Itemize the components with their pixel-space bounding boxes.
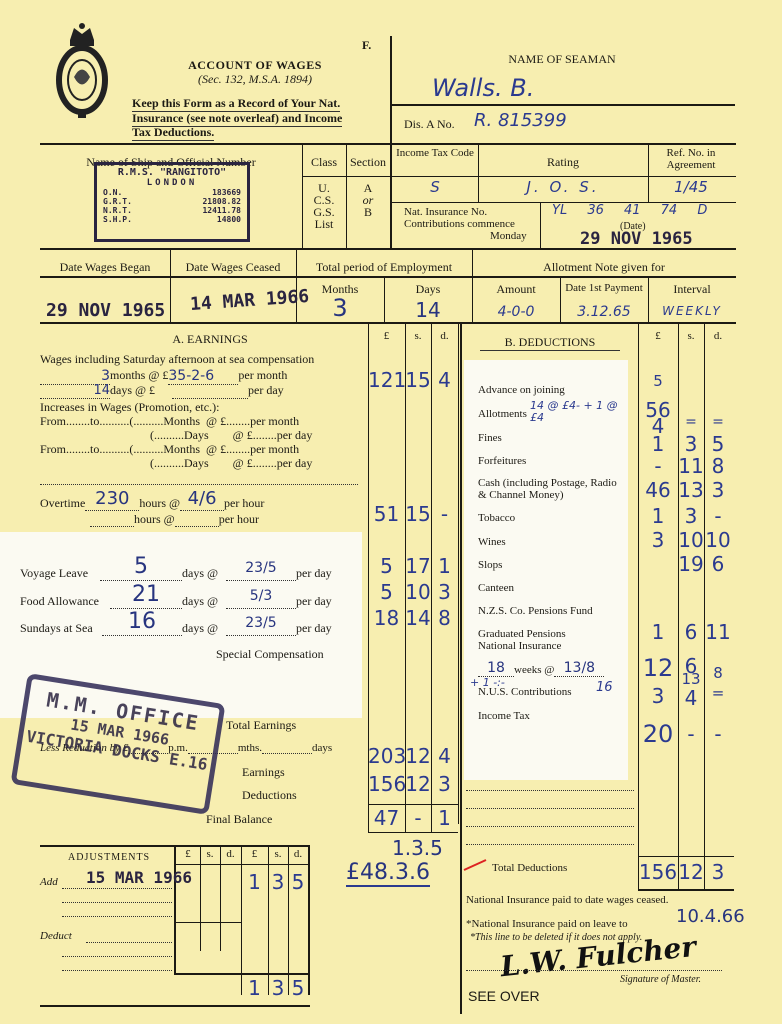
ded-fines2-pence[interactable]: 5 — [704, 432, 732, 456]
ded-nus-shillings[interactable]: 4 — [678, 686, 704, 710]
ded-allotments: Allotments — [478, 408, 527, 420]
ded-income-tax-pence[interactable]: - — [704, 722, 732, 746]
class-options: U.C.S.G.S.List — [302, 182, 346, 230]
notice-line-3: Tax Deductions. — [132, 125, 214, 141]
form-subtitle: (Sec. 132, M.S.A. 1894) — [130, 72, 380, 87]
ded-tobacco-pounds[interactable]: 1 — [638, 504, 678, 528]
ded-canteen: Canteen — [478, 582, 514, 594]
ded-nzs-pounds[interactable]: 1 — [638, 620, 678, 644]
add-date-stamp: 15 MAR 1966 — [86, 868, 192, 887]
ded-wines-pence[interactable]: 10 — [704, 528, 732, 552]
earnings-shillings[interactable]: 12 — [405, 744, 431, 768]
total-earnings-label: Total Earnings — [226, 718, 296, 733]
wages-pence[interactable]: 4 — [431, 368, 458, 392]
ded-income-tax-pounds[interactable]: 20 — [638, 720, 678, 748]
ded-fines-pence[interactable]: = — [704, 414, 732, 430]
sundays-pounds[interactable]: 18 — [368, 606, 405, 630]
final-balance-label: Final Balance — [206, 812, 272, 827]
first-payment-value[interactable]: 3.12.65 — [560, 304, 648, 320]
ded-pounds-col-header: £ — [638, 330, 678, 342]
total-deductions-pounds[interactable]: 156 — [638, 860, 678, 884]
ded-tobacco-shillings[interactable]: 3 — [678, 504, 704, 528]
dis-a-no-label: Dis. A No. — [404, 117, 455, 132]
red-tick-icon — [462, 858, 488, 872]
adj-col-pounds-2: £ — [241, 848, 268, 860]
months-value[interactable]: 3 — [296, 294, 384, 322]
increases-label: Increases in Wages (Promotion, etc.): — [40, 400, 219, 415]
see-over-label: SEE OVER — [468, 988, 540, 1004]
ded-forfeitures: Forfeitures — [478, 455, 526, 467]
board-of-trade-crest-icon — [56, 22, 108, 120]
ded-cash-shillings[interactable]: 13 — [678, 478, 704, 502]
ded-cash: Cash (including Postage, Radio & Channel… — [478, 477, 623, 501]
tax-code-header: Income Tax Code — [392, 147, 478, 159]
ded-slops: Slops — [478, 559, 502, 571]
ded-wines-pounds[interactable]: 3 — [638, 528, 678, 552]
ded-allotments-note: 14 @ £4- + 1 @ £4 — [530, 400, 620, 424]
shillings-col-header: s. — [405, 330, 431, 342]
special-compensation-label: Special Compensation — [216, 647, 324, 662]
ded-nus-pence[interactable]: = — [704, 684, 732, 702]
overtime-row-2: hours @per hour — [90, 512, 259, 527]
ded-fines: Fines — [478, 432, 502, 444]
total-deductions-pence[interactable]: 3 — [704, 860, 732, 884]
deduct-label: Deduct — [40, 930, 72, 942]
rating-value[interactable]: J. O. S. — [478, 178, 648, 196]
ship-stamp: R.M.S. "RANGITOTO" LONDON O.N.183669 G.R… — [94, 162, 250, 242]
earnings-title: A. EARNINGS — [130, 332, 290, 347]
ded-income-tax: Income Tax — [478, 710, 530, 722]
overtime-pence[interactable]: - — [431, 502, 458, 526]
adj-col-shillings-1: s. — [200, 848, 220, 860]
date-ceased-label: Date Wages Ceased — [170, 260, 296, 275]
adj-col-pence-2: d. — [288, 848, 308, 860]
section-options: AorB — [346, 182, 390, 218]
net-payable: £48.3.6 — [346, 860, 430, 887]
overtime-pounds[interactable]: 51 — [368, 502, 405, 526]
ded-nus-note: 16 — [596, 680, 613, 695]
adj-col-pence-1: d. — [220, 848, 241, 860]
ded-fines2-shillings[interactable]: 3 — [678, 432, 704, 456]
add-pence[interactable]: 5 — [288, 870, 308, 894]
food-pounds[interactable]: 5 — [368, 580, 405, 604]
sundays-at-sea-row: Sundays at Sea 16 days @ 23/5 per day — [20, 621, 340, 636]
ded-fines-shillings[interactable]: = — [678, 414, 704, 430]
days-value[interactable]: 14 — [384, 298, 472, 322]
ded-fines2-pounds[interactable]: 1 — [638, 432, 678, 456]
deductions-pounds[interactable]: 156 — [368, 772, 405, 796]
ded-nus: N.U.S. Contributions — [478, 686, 572, 698]
increase-row-1: From........to..........(..........Month… — [40, 414, 312, 470]
interval-value[interactable]: WEEKLY — [648, 304, 736, 318]
deductions-summary-label: Deductions — [242, 788, 297, 803]
earnings-label: Earnings — [242, 765, 285, 780]
earnings-pounds[interactable]: 203 — [368, 744, 405, 768]
ded-pence-col-header: d. — [704, 330, 732, 342]
voyage-leave-shillings[interactable]: 17 — [405, 554, 431, 578]
final-balance-shillings[interactable]: - — [405, 806, 431, 830]
adjustment-added: 1.3.5 — [392, 836, 443, 860]
tax-code-value[interactable]: S — [392, 178, 478, 196]
ni-number-value[interactable]: YL 36 41 74 D — [552, 203, 707, 218]
ded-forfeitures-pence[interactable]: 8 — [704, 454, 732, 478]
add-pounds[interactable]: 1 — [241, 870, 268, 894]
ref-no-header: Ref. No. in Agreement — [648, 147, 734, 171]
date-began-label: Date Wages Began — [40, 260, 170, 275]
ded-wines-shillings[interactable]: 10 — [678, 528, 704, 552]
adj-col-pounds-1: £ — [176, 848, 200, 860]
ref-no-value[interactable]: 1/45 — [648, 178, 734, 196]
ded-income-tax-shillings[interactable]: - — [678, 722, 704, 746]
form-title: ACCOUNT OF WAGES — [130, 58, 380, 73]
seaman-name-label: NAME OF SEAMAN — [392, 52, 732, 67]
deductions-shillings[interactable]: 12 — [405, 772, 431, 796]
pence-col-header: d. — [431, 330, 458, 342]
ded-nzs-pensions: N.Z.S. Co. Pensions Fund — [478, 605, 593, 617]
overtime-row: Overtime 230 hours @ 4/6 per hour — [40, 496, 264, 511]
first-payment-label: Date 1st Payment — [560, 282, 648, 294]
ni-number-label: Nat. Insurance No. — [404, 206, 487, 218]
class-header: Class — [302, 155, 346, 170]
wages-line: Wages including Saturday afternoon at se… — [40, 352, 314, 367]
food-shillings[interactable]: 10 — [405, 580, 431, 604]
wages-shillings[interactable]: 15 — [405, 368, 431, 392]
final-balance-pence[interactable]: 1 — [431, 806, 458, 830]
date-ceased-value: 14 MAR 1966 — [189, 286, 309, 315]
monday-label: Monday — [490, 230, 527, 242]
voyage-leave-pounds[interactable]: 5 — [368, 554, 405, 578]
ded-grad2-pence[interactable]: 8 — [704, 664, 732, 682]
deductions-pence[interactable]: 3 — [431, 772, 458, 796]
sundays-pence[interactable]: 8 — [431, 606, 458, 630]
deductions-title: B. DEDUCTIONS — [480, 335, 620, 351]
ded-advance-pounds[interactable]: 5 — [638, 372, 678, 390]
voyage-leave-row: Voyage Leave 5 days @ 23/5 per day — [20, 566, 340, 581]
ded-graduated-pensions: Graduated Pensions National Insurance — [478, 628, 598, 652]
dis-a-no-value[interactable]: R. 815399 — [474, 110, 567, 131]
ded-advance: Advance on joining — [478, 384, 565, 396]
ded-tobacco-pence[interactable]: - — [704, 504, 732, 528]
ded-forfeitures-pounds[interactable]: - — [638, 454, 678, 478]
overtime-shillings[interactable]: 15 — [405, 502, 431, 526]
food-allowance-row: Food Allowance 21 days @ 5/3 per day — [20, 594, 340, 609]
rating-header: Rating — [478, 155, 648, 170]
ded-slops-shillings[interactable]: 19 — [678, 552, 704, 576]
ded-wines: Wines — [478, 536, 506, 548]
ded-nus-pounds[interactable]: 3 — [638, 684, 678, 708]
signature-label: Signature of Master. — [620, 974, 701, 985]
ded-grad-pounds[interactable]: 12 — [638, 654, 678, 682]
amount-label: Amount — [472, 282, 560, 297]
ded-nzs-shillings[interactable]: 6 — [678, 620, 704, 644]
contributions-label: Contributions commence — [404, 218, 515, 230]
final-balance-pounds[interactable]: 47 — [368, 806, 405, 830]
contributions-date: 29 NOV 1965 — [580, 229, 693, 249]
ded-nzs-pence[interactable]: 11 — [704, 620, 732, 644]
amount-value[interactable]: 4-0-0 — [472, 304, 560, 320]
interval-label: Interval — [648, 282, 736, 297]
add-shillings[interactable]: 3 — [268, 870, 288, 894]
adj-total-shillings[interactable]: 3 — [268, 976, 288, 1000]
ni-leave-date[interactable]: 10.4.66 — [676, 906, 745, 927]
earnings-pence[interactable]: 4 — [431, 744, 458, 768]
adj-total-pounds[interactable]: 1 — [241, 976, 268, 1000]
ded-tobacco: Tobacco — [478, 512, 515, 524]
total-deductions-shillings[interactable]: 12 — [678, 860, 704, 884]
ni-leave-line: *National Insurance paid on leave to — [466, 918, 628, 930]
sundays-shillings[interactable]: 14 — [405, 606, 431, 630]
period-label: Total period of Employment — [296, 260, 472, 275]
voyage-leave-pence[interactable]: 1 — [431, 554, 458, 578]
notice-line-1: Keep this Form as a Record of Your Nat. — [132, 96, 340, 112]
adjustments-title: ADJUSTMENTS — [68, 852, 150, 863]
section-header: Section — [346, 155, 390, 170]
form-letter: F. — [362, 38, 371, 53]
ded-cash-pence[interactable]: 3 — [704, 478, 732, 502]
add-label: Add — [40, 876, 58, 888]
adj-col-shillings-2: s. — [268, 848, 288, 860]
seaman-name-value[interactable]: Walls. B. — [432, 74, 534, 102]
ded-forfeitures-shillings[interactable]: 11 — [678, 454, 704, 478]
wages-pounds[interactable]: 121 — [368, 368, 405, 392]
allotment-label: Allotment Note given for — [472, 260, 736, 275]
ded-shillings-col-header: s. — [678, 330, 704, 342]
adj-total-pence[interactable]: 5 — [288, 976, 308, 1000]
wages-days-row: 14 days @ £ per day — [40, 383, 360, 399]
food-pence[interactable]: 3 — [431, 580, 458, 604]
pounds-col-header: £ — [368, 330, 405, 342]
date-began-value: 29 NOV 1965 — [46, 300, 165, 321]
days-label: Days — [384, 282, 472, 297]
ni-paid-line: National Insurance paid to date wages ce… — [466, 894, 669, 906]
ded-cash-pounds[interactable]: 46 — [638, 478, 678, 502]
total-deductions-label: Total Deductions — [492, 862, 567, 874]
ded-slops-pence[interactable]: 6 — [704, 552, 732, 576]
